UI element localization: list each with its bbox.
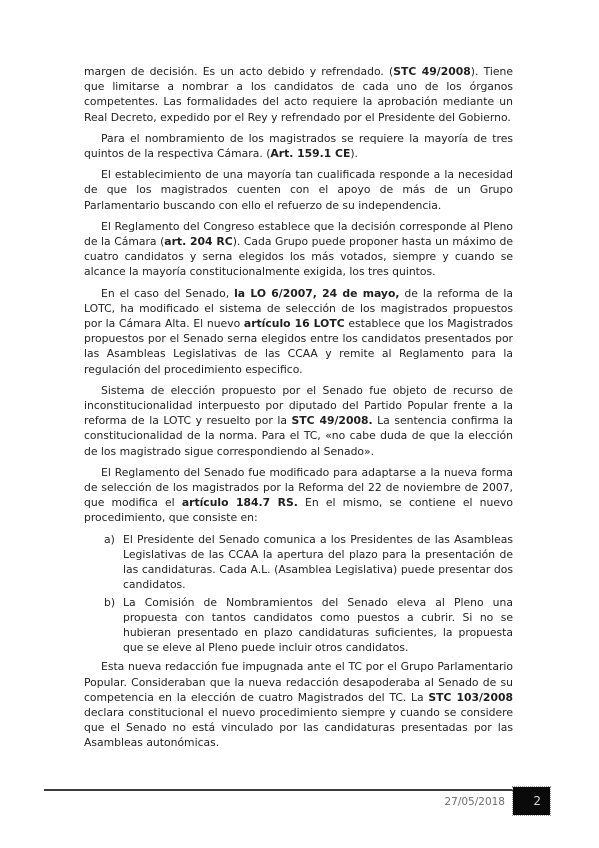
footer-rule [44,789,513,791]
paragraph: El Reglamento del Senado fue modificado … [84,465,513,526]
paragraph: El establecimiento de una mayoría tan cu… [84,167,513,213]
paragraph: Sistema de elección propuesto por el Sen… [84,383,513,459]
paragraph: En el caso del Senado, la LO 6/2007, 24 … [84,286,513,377]
page-number: 2 [533,794,541,808]
paragraph: El Reglamento del Congreso establece que… [84,219,513,280]
list-item: a)El Presidente del Senado comunica a lo… [84,532,513,593]
paragraph: margen de decisión. Es un acto debido y … [84,64,513,125]
list-item: b)La Comisión de Nombramientos del Senad… [84,595,513,656]
list-marker: a) [104,532,115,547]
document-page: margen de decisión. Es un acto debido y … [0,0,599,848]
paragraph: Para el nombramiento de los magistrados … [84,131,513,161]
document-body: margen de decisión. Es un acto debido y … [84,64,513,757]
page-number-box: 2 [513,787,550,815]
paragraph: Esta nueva redacción fue impugnada ante … [84,659,513,750]
footer-date: 27/05/2018 [375,796,505,808]
list-marker: b) [104,595,115,610]
